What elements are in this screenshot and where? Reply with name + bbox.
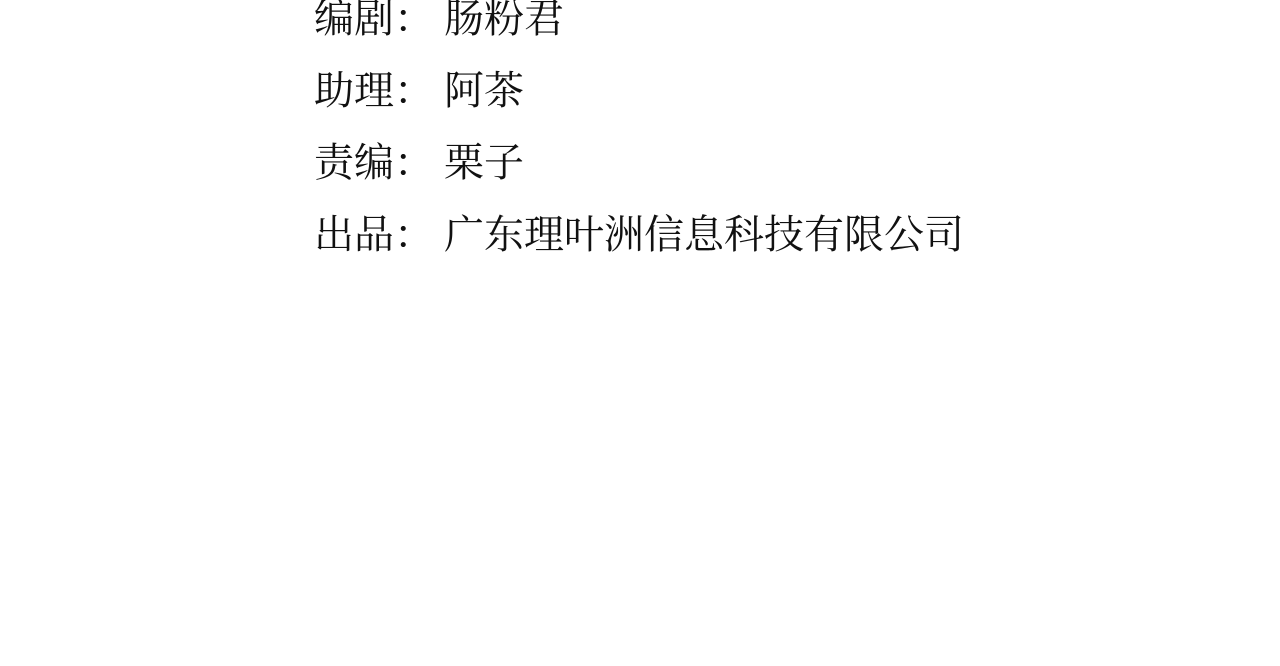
credit-label: 责编： — [314, 135, 444, 191]
credit-line-assistant: 助理： 阿茶 — [314, 63, 964, 135]
credit-value: 栗子 — [444, 135, 524, 191]
credit-line-writer: 编剧： 肠粉君 — [314, 0, 964, 63]
credit-value: 肠粉君 — [444, 0, 564, 47]
credit-label: 编剧： — [314, 0, 444, 47]
credits-block: 编剧： 肠粉君 助理： 阿茶 责编： 栗子 出品： 广东理叶洲信息科技有限公司 — [314, 0, 964, 279]
credit-label: 助理： — [314, 63, 444, 119]
credit-label: 出品： — [314, 207, 444, 263]
credit-line-editor: 责编： 栗子 — [314, 135, 964, 207]
credit-value: 广东理叶洲信息科技有限公司 — [444, 207, 964, 263]
credit-line-producer: 出品： 广东理叶洲信息科技有限公司 — [314, 207, 964, 279]
credit-value: 阿茶 — [444, 63, 524, 119]
